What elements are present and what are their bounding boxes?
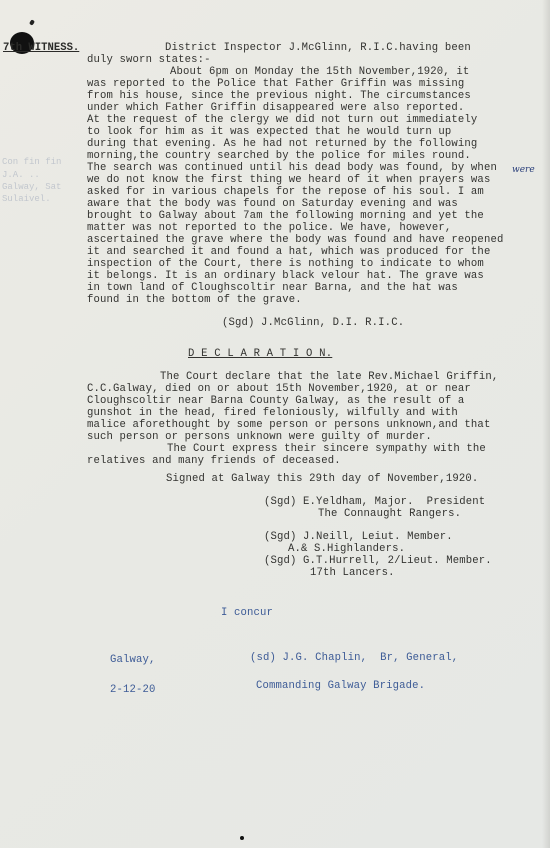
declaration-line: gunshot in the head, fired feloniously, … (87, 407, 458, 419)
margin-ghost-text: Con fin fin (2, 157, 61, 168)
witness-signature: (Sgd) J.McGlinn, D.I. R.I.C. (222, 317, 404, 329)
handwritten-correction: were (512, 165, 535, 175)
declaration-line: The Court declare that the late Rev.Mich… (160, 371, 498, 383)
ink-speck-mark (29, 19, 35, 25)
document-page: 7th WITNESS. District Inspector J.McGlin… (0, 0, 550, 848)
signatory-president-regiment: The Connaught Rangers. (318, 508, 461, 520)
testimony-line: it belongs. It is an ordinary black velo… (87, 270, 484, 282)
declaration-line: C.C.Galway, died on or about 15th Novemb… (87, 383, 471, 395)
concur-signature: (sd) J.G. Chaplin, Br, General, (250, 652, 458, 664)
margin-ghost-text: J.A. .. (2, 170, 40, 181)
ink-dot-mark (240, 836, 244, 840)
testimony-line: was reported to the Police that Father G… (87, 78, 464, 90)
declaration-line: such person or persons unknown were guil… (87, 431, 432, 443)
testimony-line: ascertained the grave where the body was… (87, 234, 503, 246)
signatory-member-1: (Sgd) J.Neill, Leiut. Member. (264, 531, 453, 543)
signatory-member-2-regiment: 17th Lancers. (310, 567, 395, 579)
concur-title: Commanding Galway Brigade. (256, 680, 425, 692)
signed-at-line: Signed at Galway this 29th day of Novemb… (166, 473, 478, 485)
testimony-line: asked for in various chapels for the rep… (87, 186, 484, 198)
margin-ghost-text: Sulaivel. (2, 194, 51, 205)
testimony-line: under which Father Griffin disappeared w… (87, 102, 464, 114)
testimony-line: inspection of the Court, there is nothin… (87, 258, 484, 270)
page-edge-shadow (542, 0, 550, 848)
testimony-line: brought to Galway about 7am the followin… (87, 210, 484, 222)
testimony-line: aware that the body was found on Saturda… (87, 198, 458, 210)
witness-intro-line-1: District Inspector J.McGlinn, R.I.C.havi… (165, 42, 471, 54)
declaration-line: malice aforethought by some person or pe… (87, 419, 490, 431)
testimony-line: At the request of the clergy we did not … (87, 114, 477, 126)
testimony-line: About 6pm on Monday the 15th November,19… (170, 66, 469, 78)
testimony-line: matter was not reported to the police. W… (87, 222, 451, 234)
signatory-member-1-regiment: A.& S.Highlanders. (288, 543, 405, 555)
testimony-line: in town land of Cloughscoltir near Barna… (87, 282, 458, 294)
testimony-line: found in the bottom of the grave. (87, 294, 302, 306)
testimony-line: from his house, since the previous night… (87, 90, 471, 102)
witness-heading: 7th WITNESS. (3, 42, 79, 54)
testimony-line: we do not know the first thing we heard … (87, 174, 490, 186)
declaration-heading: D E C L A R A T I O N. (188, 348, 332, 360)
testimony-line: during that evening. As he had not retur… (87, 138, 477, 150)
declaration-line: Cloughscoltir near Barna County Galway, … (87, 395, 464, 407)
testimony-line: it and searched it and found a hat, whic… (87, 246, 490, 258)
testimony-line: The search was continued until his dead … (87, 162, 497, 174)
testimony-line: morning,the country searched by the poli… (87, 150, 471, 162)
concur-place: Galway, (110, 654, 156, 666)
declaration-line: relatives and many friends of deceased. (87, 455, 341, 467)
concur-text: I concur (221, 607, 273, 619)
witness-intro-line-2: duly sworn states:- (87, 54, 211, 66)
margin-ghost-text: Galway, Sat (2, 182, 61, 193)
declaration-line: The Court express their sincere sympathy… (167, 443, 486, 455)
concur-date: 2-12-20 (110, 684, 156, 696)
testimony-line: to look for him as it was expected that … (87, 126, 451, 138)
signatory-member-2: (Sgd) G.T.Hurrell, 2/Lieut. Member. (264, 555, 492, 567)
signatory-president: (Sgd) E.Yeldham, Major. President (264, 496, 485, 508)
